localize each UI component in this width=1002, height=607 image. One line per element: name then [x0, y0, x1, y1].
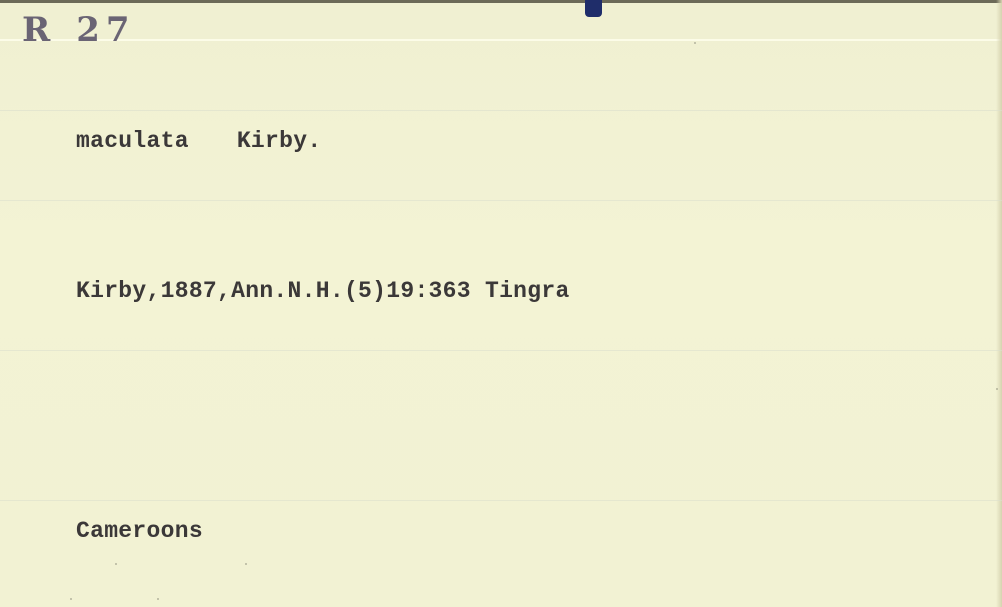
card-top-edge: [0, 0, 1002, 3]
card-number-prefix: R: [22, 10, 56, 50]
faint-rule: [0, 500, 1002, 501]
ink-speck: [157, 598, 159, 600]
ink-speck: [115, 563, 117, 565]
faint-rule: [0, 200, 1002, 201]
ink-speck: [694, 42, 696, 44]
card-number: R27: [22, 10, 136, 50]
bibliographic-reference: Kirby,1887,Ann.N.H.(5)19:363 Tingra: [76, 278, 570, 304]
ink-speck: [996, 388, 998, 390]
species-name: maculata: [76, 128, 189, 154]
ink-speck: [245, 563, 247, 565]
species-line: maculataKirby.: [76, 128, 321, 154]
tab-marker: [585, 0, 602, 17]
card-edge-shadow: [996, 0, 1002, 607]
faint-rule: [0, 110, 1002, 111]
ink-speck: [70, 598, 72, 600]
index-card: R27 maculataKirby. Kirby,1887,Ann.N.H.(5…: [0, 0, 1002, 607]
locality: Cameroons: [76, 518, 203, 544]
species-author: Kirby.: [237, 128, 322, 154]
card-crease-line: [0, 39, 1002, 41]
card-number-value: 27: [76, 10, 135, 50]
faint-rule: [0, 350, 1002, 351]
